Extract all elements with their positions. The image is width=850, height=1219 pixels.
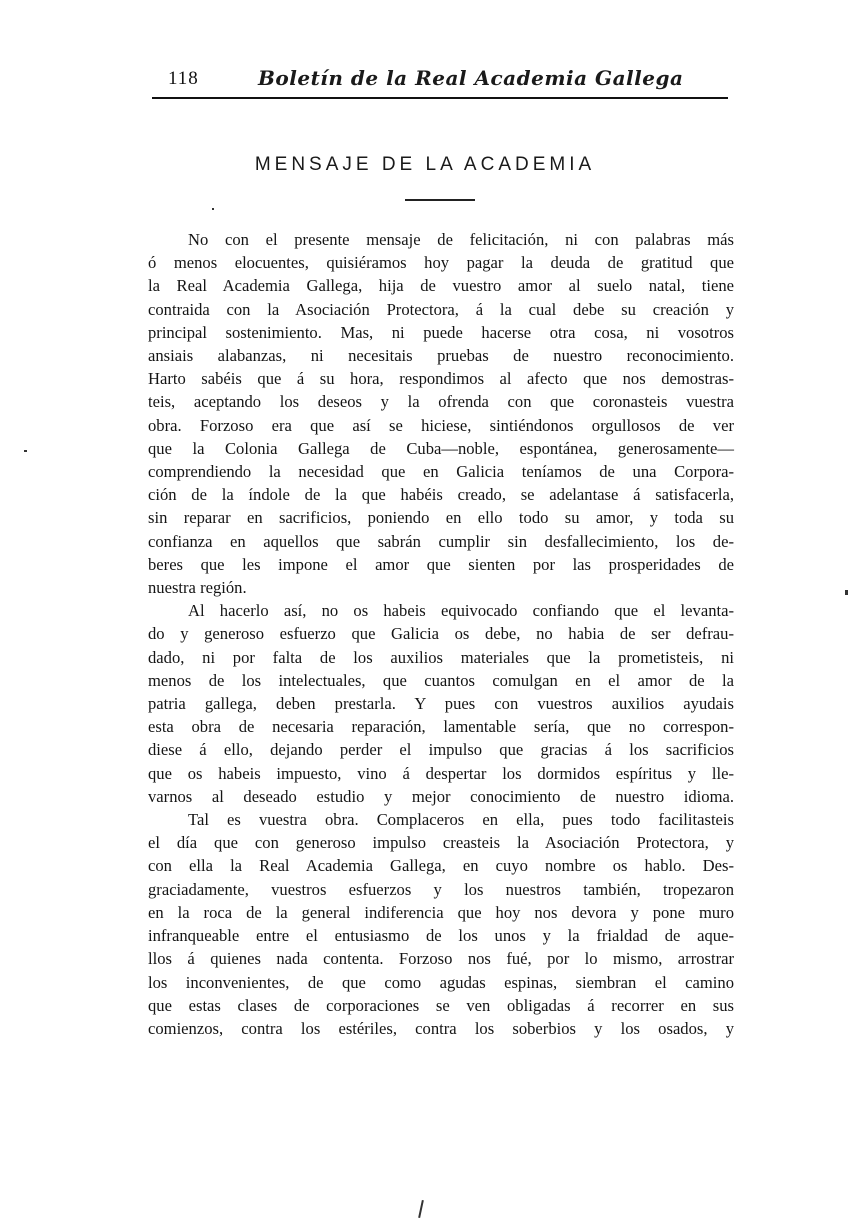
article-title: MENSAJE DE LA ACADEMIA — [0, 154, 850, 176]
text-line: patria gallega, deben prestarla. Y pues … — [148, 692, 734, 715]
text-line: los inconvenientes, de que como agudas e… — [148, 971, 734, 994]
text-line: que estas clases de corporaciones se ven… — [148, 994, 734, 1017]
text-line: do y generoso esfuerzo que Galicia os de… — [148, 622, 734, 645]
text-line: Harto sabéis que á su hora, respondimos … — [148, 367, 734, 390]
text-line: confianza en aquellos que sabrán cumplir… — [148, 530, 734, 553]
journal-title: Boletín de la Real Academia Gallega — [258, 66, 683, 90]
text-line: graciadamente, vuestros esfuerzos y los … — [148, 878, 734, 901]
text-line: varnos al deseado estudio y mejor conoci… — [148, 785, 734, 808]
text-line: con ella la Real Academia Gallega, en cu… — [148, 854, 734, 877]
text-line: que os habeis impuesto, vino á despertar… — [148, 762, 734, 785]
text-line: Tal es vuestra obra. Complaceros en ella… — [148, 808, 734, 831]
text-line: llos á quienes nada contenta. Forzoso no… — [148, 947, 734, 970]
title-rule — [405, 199, 475, 201]
text-line: No con el presente mensaje de felicitaci… — [148, 228, 734, 251]
text-line: infranqueable entre el entusiasmo de los… — [148, 924, 734, 947]
document-page: 118 Boletín de la Real Academia Gallega … — [0, 0, 850, 1219]
text-line: dado, ni por falta de los auxilios mater… — [148, 646, 734, 669]
text-line: beres que les impone el amor que sienten… — [148, 553, 734, 576]
text-line: en la roca de la general indiferencia qu… — [148, 901, 734, 924]
text-line: comienzos, contra los estériles, contra … — [148, 1017, 734, 1040]
text-line: ción de la índole de la que habéis cread… — [148, 483, 734, 506]
text-line: principal sostenimiento. Mas, ni puede h… — [148, 321, 734, 344]
text-line: menos de los intelectuales, que cuantos … — [148, 669, 734, 692]
paragraph-2: Al hacerlo así, no os habeis equivocado … — [148, 599, 734, 808]
text-line: que la Colonia Gallega de Cuba—noble, es… — [148, 437, 734, 460]
scan-speck — [845, 590, 848, 595]
paragraph-1: No con el presente mensaje de felicitaci… — [148, 228, 734, 599]
text-line: obra. Forzoso era que así se hiciese, si… — [148, 414, 734, 437]
header-rule — [152, 97, 728, 99]
scan-speck — [418, 1200, 424, 1218]
text-line: nuestra región. — [148, 576, 734, 599]
text-line: diese á ello, dejando perder el impulso … — [148, 738, 734, 761]
paragraph-3: Tal es vuestra obra. Complaceros en ella… — [148, 808, 734, 1040]
page-number: 118 — [168, 68, 199, 90]
scan-speck — [24, 450, 27, 452]
running-header: 118 Boletín de la Real Academia Gallega — [152, 66, 728, 96]
text-line: contraida con la Asociación Protectora, … — [148, 298, 734, 321]
text-line: esta obra de necesaria reparación, lamen… — [148, 715, 734, 738]
text-line: el día que con generoso impulso creastei… — [148, 831, 734, 854]
text-line: ó menos elocuentes, quisiéramos hoy paga… — [148, 251, 734, 274]
text-line: Al hacerlo así, no os habeis equivocado … — [148, 599, 734, 622]
text-line: sin reparar en sacrificios, poniendo en … — [148, 506, 734, 529]
text-line: ansiais alabanzas, ni necesitais pruebas… — [148, 344, 734, 367]
text-line: comprendiendo la necesidad que en Galici… — [148, 460, 734, 483]
article-body: No con el presente mensaje de felicitaci… — [148, 228, 734, 1040]
scan-speck — [212, 208, 214, 210]
text-line: teis, aceptando los deseos y la ofrenda … — [148, 390, 734, 413]
text-line: la Real Academia Gallega, hija de vuestr… — [148, 274, 734, 297]
